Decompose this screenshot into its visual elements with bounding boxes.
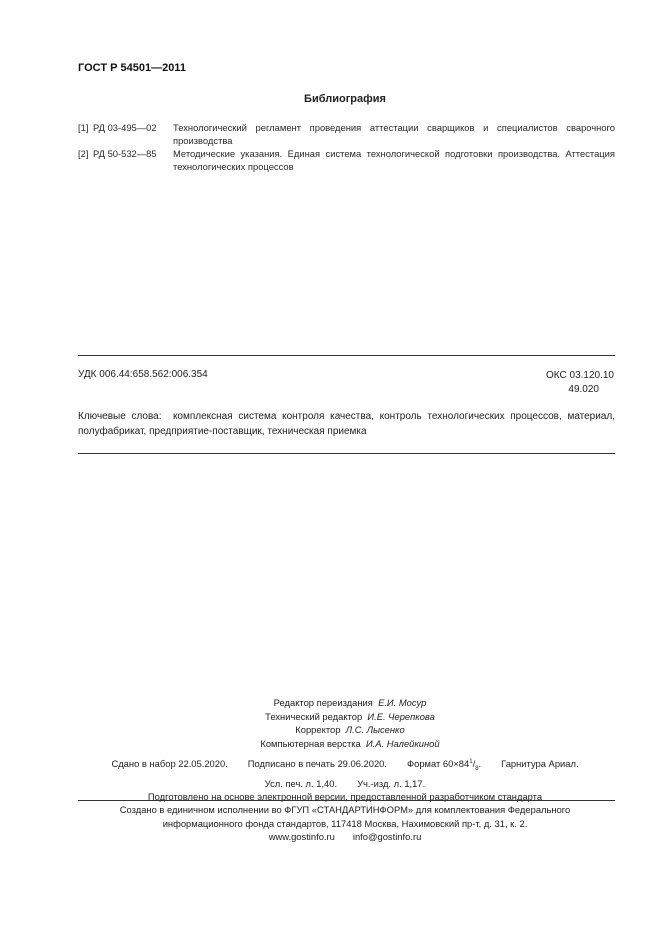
format-prefix: Формат 60×84 [407, 758, 469, 769]
publisher-footer: Создано в единичном исполнении во ФГУП «… [0, 803, 661, 844]
udk-code: УДК 006.44:658.562:006.354 [78, 369, 208, 380]
credit-name: Е.И. Мосур [378, 697, 426, 708]
bibliography-entry: [1] РД 03-495—02 Технологический регламе… [0, 121, 661, 149]
typeface: Гарнитура Ариал. [501, 758, 578, 769]
print-format: Формат 60×841/8. [407, 758, 481, 769]
reference-text: Технологический регламент проведения атт… [173, 121, 615, 147]
keywords-block: Ключевые слова: комплексная система конт… [78, 409, 615, 439]
reference-code: РД 50-532—85 [93, 147, 157, 160]
imprint-line-3: Подготовлено на основе электронной верси… [0, 790, 661, 804]
credit-line: Редактор переиздания Е.И. Мосур [0, 696, 661, 710]
credit-role: Корректор [295, 724, 340, 735]
footer-line-2: информационного фонда стандартов, 117418… [0, 817, 661, 831]
credit-name: И.А. Налейкиной [366, 738, 440, 749]
oks-line-2: 49.020 [546, 383, 614, 397]
imprint-line-1: Сдано в набор 22.05.2020.Подписано в печ… [0, 756, 661, 777]
footer-contacts: www.gostinfo.ruinfo@gostinfo.ru [0, 830, 661, 844]
imprint-line-2: Усл. печ. л. 1,40.Уч.-изд. л. 1,17. [0, 777, 661, 791]
reference-number: [1] [78, 121, 88, 134]
credit-role: Компьютерная верстка [260, 738, 360, 749]
credit-line: Корректор Л.С. Лысенко [0, 723, 661, 737]
oks-line-1: ОКС 03.120.10 [546, 369, 614, 383]
reference-number: [2] [78, 147, 88, 160]
website-link[interactable]: www.gostinfo.ru [269, 831, 335, 842]
standard-code-header: ГОСТ Р 54501—2011 [78, 62, 186, 74]
divider-top [78, 355, 615, 356]
imprint-block: Сдано в набор 22.05.2020.Подписано в печ… [0, 756, 661, 804]
section-title: Библиография [0, 93, 661, 105]
credit-name: И.Е. Черепкова [367, 711, 434, 722]
credit-name: Л.С. Лысенко [346, 724, 405, 735]
format-sup: 1 [469, 759, 472, 765]
submitted-date: Сдано в набор 22.05.2020. [111, 758, 227, 769]
credit-role: Технический редактор [265, 711, 362, 722]
publisher-sheets: Уч.-изд. л. 1,17. [357, 778, 425, 789]
reference-code: РД 03-495—02 [93, 121, 157, 134]
signed-date: Подписано в печать 29.06.2020. [248, 758, 387, 769]
oks-code: ОКС 03.120.10 49.020 [546, 369, 614, 397]
credit-line: Технический редактор И.Е. Черепкова [0, 710, 661, 724]
document-page: ГОСТ Р 54501—2011 Библиография [1] РД 03… [0, 0, 661, 935]
bibliography-entry: [2] РД 50-532—85 Методические указания. … [0, 147, 661, 175]
print-sheets: Усл. печ. л. 1,40. [265, 778, 337, 789]
credits-block: Редактор переиздания Е.И. Мосур Техничес… [0, 696, 661, 750]
email-link[interactable]: info@gostinfo.ru [353, 831, 421, 842]
divider-bottom [78, 453, 615, 454]
credit-line: Компьютерная верстка И.А. Налейкиной [0, 737, 661, 751]
keywords-label: Ключевые слова: [78, 411, 162, 422]
reference-text: Методические указания. Единая система те… [173, 147, 615, 173]
format-suffix: . [479, 758, 482, 769]
divider-footer [78, 800, 615, 801]
footer-line-1: Создано в единичном исполнении во ФГУП «… [0, 803, 661, 817]
credit-role: Редактор переиздания [274, 697, 373, 708]
